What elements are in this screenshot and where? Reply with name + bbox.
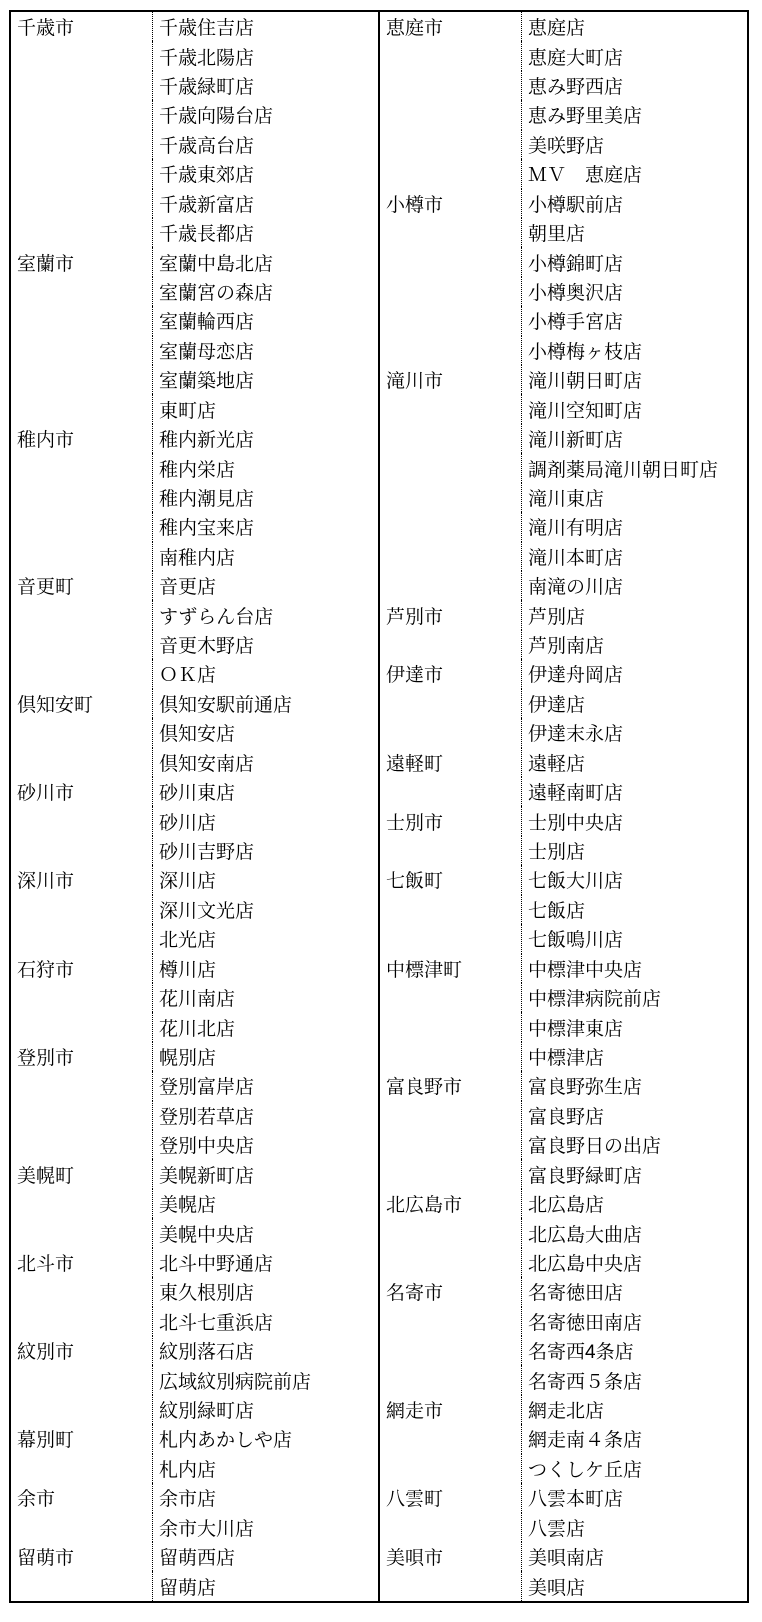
- city-cell: [11, 100, 152, 129]
- store-cell: 室蘭築地店: [152, 365, 378, 394]
- store-cell: 滝川空知町店: [521, 394, 747, 423]
- store-cell: 恵み野西店: [521, 71, 747, 100]
- table-row: 中標津町中標津中央店: [380, 954, 747, 983]
- store-cell: 七飯大川店: [521, 865, 747, 894]
- table-row: 恵庭市恵庭店: [380, 12, 747, 41]
- store-cell: 稚内潮見店: [152, 483, 378, 512]
- city-cell: [11, 1571, 152, 1600]
- city-cell: 芦別市: [380, 600, 521, 629]
- table-row: 小樽市小樽駅前店: [380, 189, 747, 218]
- table-row: 稚内市稚内新光店: [11, 424, 378, 453]
- table-row: 七飯鳴川店: [380, 924, 747, 953]
- city-cell: 伊達市: [380, 659, 521, 688]
- table-row: 恵み野里美店: [380, 100, 747, 129]
- store-cell: 室蘭中島北店: [152, 247, 378, 276]
- city-cell: [380, 1307, 521, 1336]
- table-row: 石狩市樽川店: [11, 954, 378, 983]
- city-cell: [11, 71, 152, 100]
- city-cell: 倶知安町: [11, 689, 152, 718]
- table-row: 北斗市北斗中野通店: [11, 1248, 378, 1277]
- store-cell: 室蘭宮の森店: [152, 277, 378, 306]
- city-cell: [11, 218, 152, 247]
- table-row: 芦別南店: [380, 630, 747, 659]
- table-row: 七飯店: [380, 895, 747, 924]
- store-cell: 千歳東郊店: [152, 159, 378, 188]
- store-cell: 紋別落石店: [152, 1336, 378, 1365]
- table-row: 北広島中央店: [380, 1248, 747, 1277]
- store-cell: 美幌新町店: [152, 1159, 378, 1188]
- store-cell: 七飯店: [521, 895, 747, 924]
- store-cell: 砂川東店: [152, 777, 378, 806]
- store-cell: 名寄西4条店: [521, 1336, 747, 1365]
- store-cell: 小樽奥沢店: [521, 277, 747, 306]
- table-row: 余市余市店: [11, 1483, 378, 1512]
- table-row: 音更町音更店: [11, 571, 378, 600]
- table-row: 東久根別店: [11, 1277, 378, 1306]
- table-row: 倶知安南店: [11, 748, 378, 777]
- city-cell: [11, 542, 152, 571]
- store-cell: 伊達舟岡店: [521, 659, 747, 688]
- store-cell: 美幌店: [152, 1189, 378, 1218]
- store-cell: 伊達店: [521, 689, 747, 718]
- table-row: 登別富岸店: [11, 1071, 378, 1100]
- table-row: 北斗七重浜店: [11, 1307, 378, 1336]
- store-cell: 登別中央店: [152, 1130, 378, 1159]
- store-cell: 中標津東店: [521, 1012, 747, 1041]
- city-cell: 恵庭市: [380, 12, 521, 41]
- store-cell: 北広島店: [521, 1189, 747, 1218]
- table-row: 花川南店: [11, 983, 378, 1012]
- table-row: 美幌町美幌新町店: [11, 1159, 378, 1188]
- store-cell: 網走南４条店: [521, 1424, 747, 1453]
- table-row: 遠軽南町店: [380, 777, 747, 806]
- city-cell: [380, 130, 521, 159]
- table-row: 紋別緑町店: [11, 1395, 378, 1424]
- store-cell: 千歳緑町店: [152, 71, 378, 100]
- table-row: 滝川本町店: [380, 542, 747, 571]
- city-cell: [11, 336, 152, 365]
- table-row: 千歳市千歳住吉店: [11, 12, 378, 41]
- store-cell: 八雲店: [521, 1513, 747, 1542]
- table-row: 室蘭築地店: [11, 365, 378, 394]
- city-cell: [11, 1395, 152, 1424]
- table-row: 北光店: [11, 924, 378, 953]
- store-cell: 伊達末永店: [521, 718, 747, 747]
- city-cell: [380, 218, 521, 247]
- store-cell: 登別富岸店: [152, 1071, 378, 1100]
- table-row: 七飯町七飯大川店: [380, 865, 747, 894]
- city-cell: [380, 983, 521, 1012]
- store-cell: 深川文光店: [152, 895, 378, 924]
- table-row: 千歳向陽台店: [11, 100, 378, 129]
- city-cell: 千歳市: [11, 12, 152, 41]
- city-cell: [380, 924, 521, 953]
- store-cell: 倶知安店: [152, 718, 378, 747]
- city-cell: [380, 512, 521, 541]
- table-row: 北広島大曲店: [380, 1218, 747, 1247]
- table-row: すずらん台店: [11, 600, 378, 629]
- city-cell: [11, 1513, 152, 1542]
- table-row: 網走市網走北店: [380, 1395, 747, 1424]
- store-cell: 花川南店: [152, 983, 378, 1012]
- store-cell: 登別若草店: [152, 1101, 378, 1130]
- store-cell: 南稚内店: [152, 542, 378, 571]
- table-row: 恵庭大町店: [380, 41, 747, 70]
- city-cell: [380, 336, 521, 365]
- store-cell: 樽川店: [152, 954, 378, 983]
- table-row: 千歳長都店: [11, 218, 378, 247]
- table-row: 千歳新富店: [11, 189, 378, 218]
- store-cell: 恵庭店: [521, 12, 747, 41]
- table-row: 室蘭母恋店: [11, 336, 378, 365]
- store-cell: 恵庭大町店: [521, 41, 747, 70]
- table-row: 名寄西５条店: [380, 1365, 747, 1394]
- city-cell: [380, 71, 521, 100]
- table-row: 美唄店: [380, 1571, 747, 1600]
- table-row: 伊達店: [380, 689, 747, 718]
- table-row: 深川市深川店: [11, 865, 378, 894]
- city-cell: [380, 424, 521, 453]
- table-row: 余市大川店: [11, 1513, 378, 1542]
- store-cell: 遠軽店: [521, 748, 747, 777]
- store-cell: つくしケ丘店: [521, 1454, 747, 1483]
- store-cell: 小樽梅ヶ枝店: [521, 336, 747, 365]
- table-row: 室蘭宮の森店: [11, 277, 378, 306]
- city-cell: 滝川市: [380, 365, 521, 394]
- table-row: 伊達末永店: [380, 718, 747, 747]
- city-cell: [11, 1218, 152, 1247]
- store-cell: 千歳向陽台店: [152, 100, 378, 129]
- city-cell: [11, 453, 152, 482]
- city-cell: [11, 1189, 152, 1218]
- table-row: 滝川市滝川朝日町店: [380, 365, 747, 394]
- table-row: 千歳高台店: [11, 130, 378, 159]
- table-row: 登別中央店: [11, 1130, 378, 1159]
- table-row: 八雲町八雲本町店: [380, 1483, 747, 1512]
- table-row: 遠軽町遠軽店: [380, 748, 747, 777]
- store-cell: 千歳北陽店: [152, 41, 378, 70]
- city-cell: [11, 1012, 152, 1041]
- table-row: 小樽梅ヶ枝店: [380, 336, 747, 365]
- store-cell: 南滝の川店: [521, 571, 747, 600]
- city-cell: [11, 924, 152, 953]
- store-cell: 深川店: [152, 865, 378, 894]
- table-row: 滝川新町店: [380, 424, 747, 453]
- store-cell: 北広島大曲店: [521, 1218, 747, 1247]
- store-cell: 滝川有明店: [521, 512, 747, 541]
- store-cell: 花川北店: [152, 1012, 378, 1041]
- store-cell: 千歳長都店: [152, 218, 378, 247]
- table-row: 富良野店: [380, 1101, 747, 1130]
- table-row: 札内店: [11, 1454, 378, 1483]
- store-cell: 幌別店: [152, 1042, 378, 1071]
- city-cell: [380, 247, 521, 276]
- city-cell: [11, 983, 152, 1012]
- city-cell: [11, 159, 152, 188]
- table-row: 南滝の川店: [380, 571, 747, 600]
- city-cell: [380, 1130, 521, 1159]
- table-row: 砂川店: [11, 806, 378, 835]
- city-cell: [380, 630, 521, 659]
- store-cell: 稚内宝来店: [152, 512, 378, 541]
- city-cell: [11, 483, 152, 512]
- store-cell: 滝川朝日町店: [521, 365, 747, 394]
- table-row: 富良野緑町店: [380, 1159, 747, 1188]
- city-cell: [380, 1365, 521, 1394]
- store-cell: 朝里店: [521, 218, 747, 247]
- table-row: 滝川空知町店: [380, 394, 747, 423]
- table-row: 美幌店: [11, 1189, 378, 1218]
- city-cell: 士別市: [380, 806, 521, 835]
- table-row: 美唄市美唄南店: [380, 1542, 747, 1571]
- city-cell: [11, 1307, 152, 1336]
- city-cell: 登別市: [11, 1042, 152, 1071]
- city-cell: [380, 306, 521, 335]
- city-cell: 余市: [11, 1483, 152, 1512]
- city-cell: [11, 189, 152, 218]
- table-row: 千歳北陽店: [11, 41, 378, 70]
- city-cell: 名寄市: [380, 1277, 521, 1306]
- store-cell: 東町店: [152, 394, 378, 423]
- store-cell: 滝川本町店: [521, 542, 747, 571]
- table-row: 稚内潮見店: [11, 483, 378, 512]
- store-cell: 名寄徳田店: [521, 1277, 747, 1306]
- store-cell: 北広島中央店: [521, 1248, 747, 1277]
- store-cell: 紋別緑町店: [152, 1395, 378, 1424]
- table-row: 南稚内店: [11, 542, 378, 571]
- store-cell: ＯＫ店: [152, 659, 378, 688]
- table-row: 音更木野店: [11, 630, 378, 659]
- table-row: 深川文光店: [11, 895, 378, 924]
- table-row: 小樽錦町店: [380, 247, 747, 276]
- city-cell: [380, 689, 521, 718]
- city-cell: [11, 630, 152, 659]
- city-cell: [11, 41, 152, 70]
- table-row: 名寄西4条店: [380, 1336, 747, 1365]
- table-row: 芦別市芦別店: [380, 600, 747, 629]
- city-cell: [11, 836, 152, 865]
- table-row: 室蘭輪西店: [11, 306, 378, 335]
- store-cell: 名寄西５条店: [521, 1365, 747, 1394]
- table-row: 調剤薬局滝川朝日町店: [380, 453, 747, 482]
- store-cell: 美咲野店: [521, 130, 747, 159]
- store-cell: 美唄店: [521, 1571, 747, 1600]
- store-cell: 砂川店: [152, 806, 378, 835]
- city-cell: [11, 306, 152, 335]
- store-cell: 中標津病院前店: [521, 983, 747, 1012]
- table-row: つくしケ丘店: [380, 1454, 747, 1483]
- store-cell: 富良野日の出店: [521, 1130, 747, 1159]
- table-row: 留萌市留萌西店: [11, 1542, 378, 1571]
- store-cell: 室蘭輪西店: [152, 306, 378, 335]
- store-cell: 中標津店: [521, 1042, 747, 1071]
- city-cell: [380, 1513, 521, 1542]
- table-row: 滝川有明店: [380, 512, 747, 541]
- store-cell: 富良野緑町店: [521, 1159, 747, 1188]
- city-cell: [11, 718, 152, 747]
- store-cell: 留萌店: [152, 1571, 378, 1600]
- table-row: ＭＶ 恵庭店: [380, 159, 747, 188]
- city-cell: 北斗市: [11, 1248, 152, 1277]
- city-cell: 遠軽町: [380, 748, 521, 777]
- table-row: 広域紋別病院前店: [11, 1365, 378, 1394]
- store-cell: 音更木野店: [152, 630, 378, 659]
- store-cell: 広域紋別病院前店: [152, 1365, 378, 1394]
- table-row: 紋別市紋別落石店: [11, 1336, 378, 1365]
- store-cell: 八雲本町店: [521, 1483, 747, 1512]
- table-row: 砂川市砂川東店: [11, 777, 378, 806]
- city-cell: [380, 718, 521, 747]
- table-row: 千歳東郊店: [11, 159, 378, 188]
- store-cell: 千歳高台店: [152, 130, 378, 159]
- city-cell: 深川市: [11, 865, 152, 894]
- table-row: 室蘭市室蘭中島北店: [11, 247, 378, 276]
- store-cell: 小樽手宮店: [521, 306, 747, 335]
- store-cell: 余市大川店: [152, 1513, 378, 1542]
- store-cell: 北斗中野通店: [152, 1248, 378, 1277]
- city-cell: [11, 600, 152, 629]
- city-cell: [11, 277, 152, 306]
- table-row: 中標津病院前店: [380, 983, 747, 1012]
- city-cell: [11, 1277, 152, 1306]
- store-cell: 余市店: [152, 1483, 378, 1512]
- table-row: 美幌中央店: [11, 1218, 378, 1247]
- store-cell: 恵み野里美店: [521, 100, 747, 129]
- store-cell: 北光店: [152, 924, 378, 953]
- city-cell: 留萌市: [11, 1542, 152, 1571]
- city-cell: [11, 1365, 152, 1394]
- table-row: 富良野日の出店: [380, 1130, 747, 1159]
- city-cell: [380, 394, 521, 423]
- table-row: 小樽奥沢店: [380, 277, 747, 306]
- table-row: 美咲野店: [380, 130, 747, 159]
- city-cell: [380, 895, 521, 924]
- city-cell: [11, 512, 152, 541]
- store-cell: 音更店: [152, 571, 378, 600]
- city-cell: [380, 1248, 521, 1277]
- city-cell: [380, 1101, 521, 1130]
- store-cell: 滝川新町店: [521, 424, 747, 453]
- table-row: 幕別町札内あかしや店: [11, 1424, 378, 1453]
- city-cell: [11, 806, 152, 835]
- city-cell: [11, 1101, 152, 1130]
- table-row: 稚内宝来店: [11, 512, 378, 541]
- table-row: 網走南４条店: [380, 1424, 747, 1453]
- store-cell: 美幌中央店: [152, 1218, 378, 1247]
- store-cell: 士別中央店: [521, 806, 747, 835]
- table-row: 伊達市伊達舟岡店: [380, 659, 747, 688]
- city-cell: [11, 895, 152, 924]
- store-cell: 富良野店: [521, 1101, 747, 1130]
- store-cell: 稚内栄店: [152, 453, 378, 482]
- city-cell: 音更町: [11, 571, 152, 600]
- table-row: 中標津店: [380, 1042, 747, 1071]
- store-cell: 倶知安駅前通店: [152, 689, 378, 718]
- city-cell: [11, 365, 152, 394]
- city-cell: [380, 100, 521, 129]
- city-cell: 石狩市: [11, 954, 152, 983]
- table-row: 倶知安町倶知安駅前通店: [11, 689, 378, 718]
- city-cell: 七飯町: [380, 865, 521, 894]
- store-cell: 芦別南店: [521, 630, 747, 659]
- table-row: 北広島市北広島店: [380, 1189, 747, 1218]
- city-cell: [380, 836, 521, 865]
- store-cell: 札内あかしや店: [152, 1424, 378, 1453]
- table-row: 富良野市富良野弥生店: [380, 1071, 747, 1100]
- city-cell: 中標津町: [380, 954, 521, 983]
- city-cell: [380, 41, 521, 70]
- store-cell: 室蘭母恋店: [152, 336, 378, 365]
- store-cell: 小樽錦町店: [521, 247, 747, 276]
- table-row: 留萌店: [11, 1571, 378, 1600]
- store-cell: 美唄南店: [521, 1542, 747, 1571]
- store-cell: 小樽駅前店: [521, 189, 747, 218]
- city-cell: [380, 1336, 521, 1365]
- city-cell: [380, 1454, 521, 1483]
- city-cell: [380, 159, 521, 188]
- store-cell: 倶知安南店: [152, 748, 378, 777]
- store-cell: 滝川東店: [521, 483, 747, 512]
- table-row: 稚内栄店: [11, 453, 378, 482]
- city-cell: [11, 748, 152, 777]
- city-cell: 八雲町: [380, 1483, 521, 1512]
- store-cell: 調剤薬局滝川朝日町店: [521, 453, 747, 482]
- city-cell: [380, 483, 521, 512]
- store-cell: 千歳新富店: [152, 189, 378, 218]
- store-cell: 中標津中央店: [521, 954, 747, 983]
- city-cell: 網走市: [380, 1395, 521, 1424]
- city-cell: [380, 1218, 521, 1247]
- table-row: 東町店: [11, 394, 378, 423]
- table-row: 倶知安店: [11, 718, 378, 747]
- city-cell: 富良野市: [380, 1071, 521, 1100]
- store-cell: 名寄徳田南店: [521, 1307, 747, 1336]
- table-row: 恵み野西店: [380, 71, 747, 100]
- store-cell: ＭＶ 恵庭店: [521, 159, 747, 188]
- city-cell: [11, 1071, 152, 1100]
- table-row: 朝里店: [380, 218, 747, 247]
- table-row: 登別市幌別店: [11, 1042, 378, 1071]
- table-row: 砂川吉野店: [11, 836, 378, 865]
- city-cell: 幕別町: [11, 1424, 152, 1453]
- table-left-half: 千歳市千歳住吉店千歳北陽店千歳緑町店千歳向陽台店千歳高台店千歳東郊店千歳新富店千…: [11, 12, 378, 1601]
- city-cell: 美唄市: [380, 1542, 521, 1571]
- city-cell: 室蘭市: [11, 247, 152, 276]
- city-cell: [11, 1454, 152, 1483]
- store-cell: 芦別店: [521, 600, 747, 629]
- store-cell: 東久根別店: [152, 1277, 378, 1306]
- table-row: 名寄市名寄徳田店: [380, 1277, 747, 1306]
- city-cell: [11, 130, 152, 159]
- table-row: 士別店: [380, 836, 747, 865]
- store-cell: 稚内新光店: [152, 424, 378, 453]
- city-cell: [380, 777, 521, 806]
- city-cell: [11, 1130, 152, 1159]
- city-cell: 紋別市: [11, 1336, 152, 1365]
- city-cell: [380, 453, 521, 482]
- store-cell: 札内店: [152, 1454, 378, 1483]
- store-cell: 砂川吉野店: [152, 836, 378, 865]
- table-right-half: 恵庭市恵庭店恵庭大町店恵み野西店恵み野里美店美咲野店ＭＶ 恵庭店小樽市小樽駅前店…: [378, 12, 747, 1601]
- store-cell: 網走北店: [521, 1395, 747, 1424]
- city-cell: [380, 571, 521, 600]
- store-cell: 北斗七重浜店: [152, 1307, 378, 1336]
- store-location-table: 千歳市千歳住吉店千歳北陽店千歳緑町店千歳向陽台店千歳高台店千歳東郊店千歳新富店千…: [9, 10, 749, 1603]
- table-row: 千歳緑町店: [11, 71, 378, 100]
- city-cell: 小樽市: [380, 189, 521, 218]
- store-cell: 七飯鳴川店: [521, 924, 747, 953]
- store-cell: すずらん台店: [152, 600, 378, 629]
